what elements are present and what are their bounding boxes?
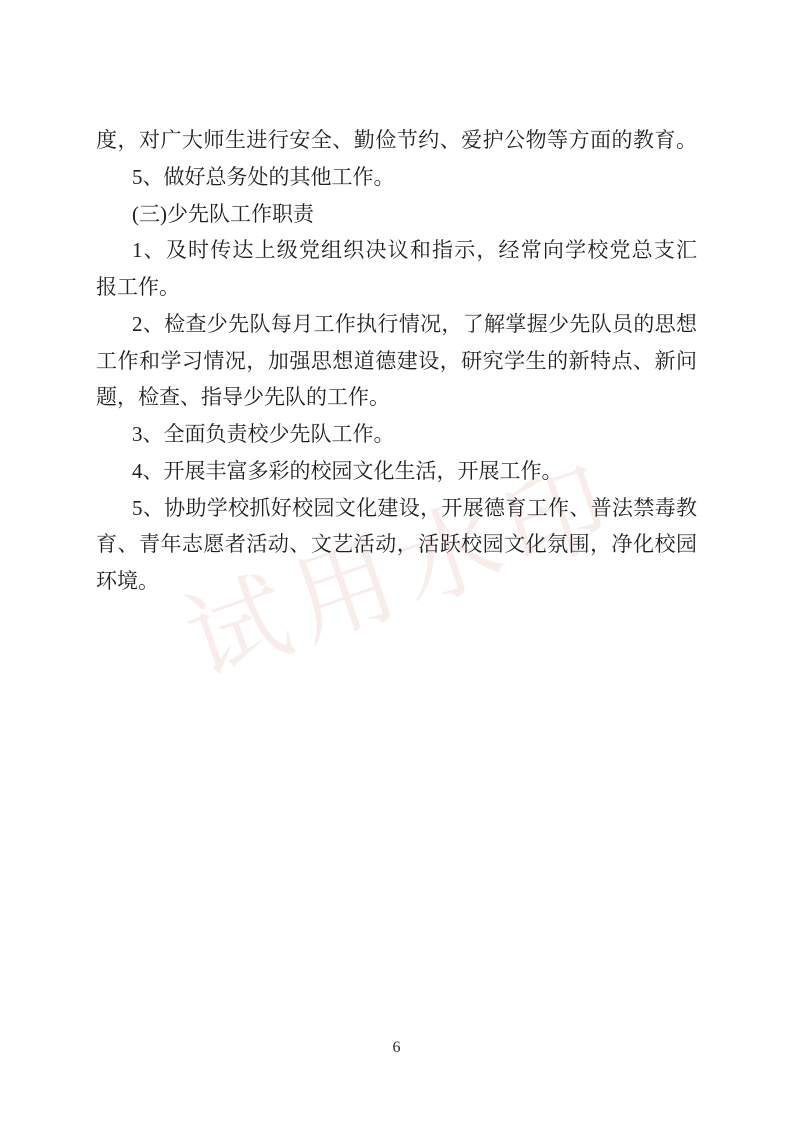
text-line: 环境。 [96, 563, 697, 600]
text-line: 1、及时传达上级党组织决议和指示，经常向学校党总支汇 [96, 232, 697, 269]
text-line: 3、全面负责校少先队工作。 [96, 416, 697, 453]
text-line: 4、开展丰富多彩的校园文化生活，开展工作。 [96, 453, 697, 490]
text-line: 育、青年志愿者活动、文艺活动，活跃校园文化氛围，净化校园 [96, 526, 697, 563]
text-line: 工作和学习情况，加强思想道德建设，研究学生的新特点、新问 [96, 343, 697, 380]
text-line: 题，检查、指导少先队的工作。 [96, 379, 697, 416]
text-line: (三)少先队工作职责 [96, 196, 697, 233]
document-page: 试用水印 度，对广大师生进行安全、勤俭节约、爱护公物等方面的教育。 5、做好总务… [0, 0, 793, 1122]
text-line: 度，对广大师生进行安全、勤俭节约、爱护公物等方面的教育。 [96, 122, 697, 159]
page-number: 6 [0, 1039, 793, 1057]
text-line: 报工作。 [96, 269, 697, 306]
document-body: 度，对广大师生进行安全、勤俭节约、爱护公物等方面的教育。 5、做好总务处的其他工… [96, 122, 697, 600]
text-line: 2、检查少先队每月工作执行情况，了解掌握少先队员的思想 [96, 306, 697, 343]
text-line: 5、做好总务处的其他工作。 [96, 159, 697, 196]
text-line: 5、协助学校抓好校园文化建设，开展德育工作、普法禁毒教 [96, 490, 697, 527]
